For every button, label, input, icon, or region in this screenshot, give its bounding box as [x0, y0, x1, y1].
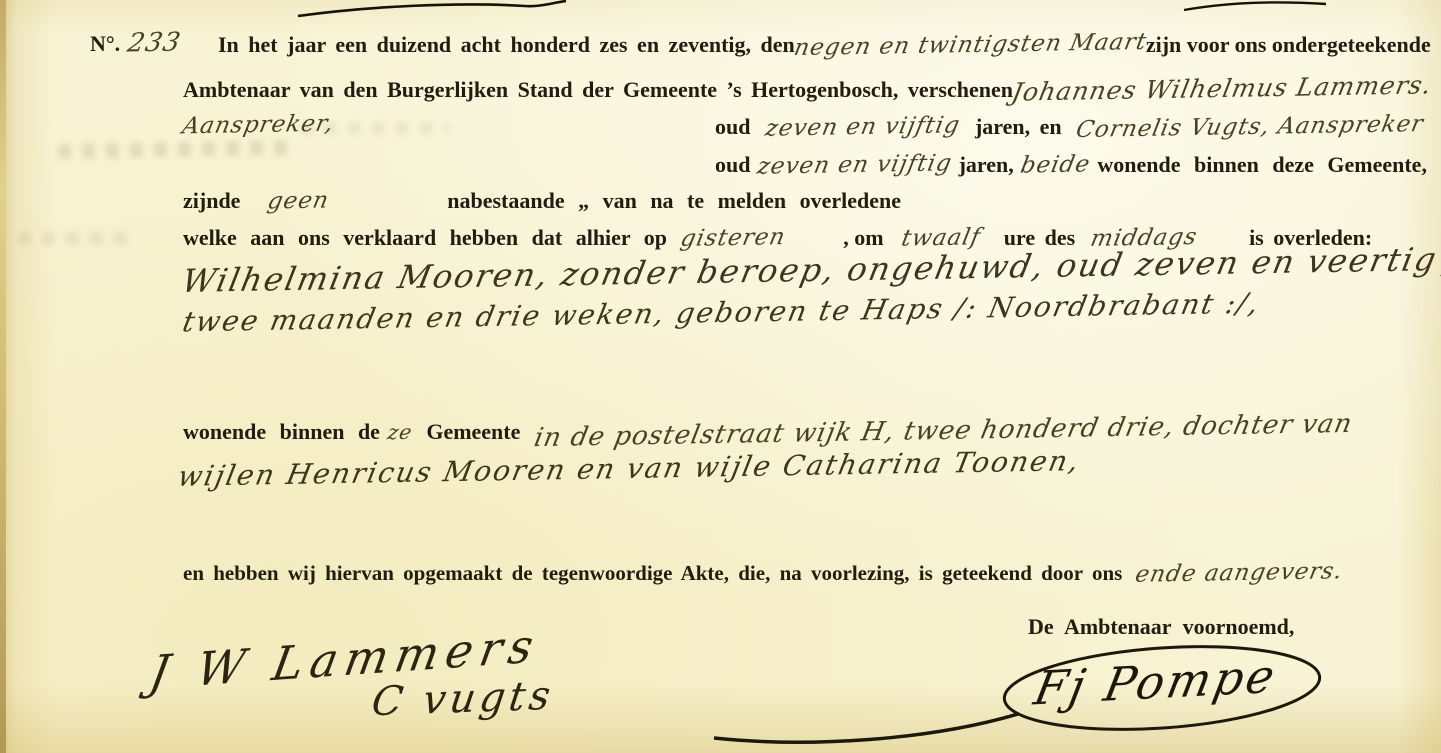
handwritten-ze: ze	[386, 420, 415, 444]
ink-stroke-top-left	[290, 0, 570, 20]
handwritten-parents: wijlen Henricus Mooren en van wijle Cath…	[175, 444, 1083, 493]
line-year-date: In het jaar een duizend acht honderd zes…	[218, 32, 1410, 58]
printed-residence-text: wonende binnen deze Gemeente,	[1097, 152, 1427, 178]
line-age-declarant2: oud zeven en vijftig jaren, en Cornelis …	[715, 114, 1423, 140]
ink-stroke-top-right	[1180, 0, 1330, 14]
printed-relation-text: nabestaande „ van na te melden overleden…	[447, 188, 901, 214]
handwritten-age2: zeven en vijftig	[755, 150, 954, 179]
certificate-paper: N°. 233 In het jaar een duizend acht hon…	[0, 0, 1441, 753]
line-address: wonende binnen de ze Gemeente in de post…	[183, 416, 1351, 446]
act-number-label: N°.	[90, 31, 120, 57]
printed-declaration-text: welke aan ons verklaard hebben dat alhie…	[183, 225, 667, 251]
handwritten-death-day: gisteren	[678, 224, 788, 252]
occupation-text: Aanspreker,	[180, 111, 336, 140]
printed-oud: oud	[715, 114, 750, 140]
line-closing: en hebben wij hiervan opgemaakt de tegen…	[183, 560, 1343, 586]
handwritten-declarant1-occupation: Aanspreker,	[183, 112, 334, 138]
act-number: N°. 233	[90, 28, 181, 58]
line-deceased-name: Wilhelmina Mooren, zonder beroep, ongehu…	[185, 250, 1441, 288]
handwritten-declarant1-name: Johannes Wilhelmus Lammers.	[1009, 70, 1434, 106]
printed-registrar-text: Ambtenaar van den Burgerlijken Stand der…	[183, 77, 1013, 103]
printed-jaren: jaren,	[959, 152, 1014, 178]
line-registrar-declarant: Ambtenaar van den Burgerlijken Stand der…	[183, 74, 1398, 103]
bleed-through-mark	[18, 232, 138, 245]
printed-om: , om	[843, 225, 883, 251]
line-relation: zijnde geen nabestaande „ van na te meld…	[183, 188, 901, 214]
printed-oud: oud	[715, 152, 750, 178]
printed-gemeente: Gemeente	[426, 419, 520, 445]
line-age2-residence: oud zeven en vijftig jaren, beide wonend…	[715, 152, 1427, 178]
handwritten-date: negen en twintigsten Maart	[792, 29, 1149, 61]
handwritten-declarant2-name: Cornelis Vugts, Aanspreker	[1074, 111, 1426, 143]
printed-year-text: In het jaar een duizend acht honderd zes…	[218, 32, 795, 58]
handwritten-geen: geen	[266, 187, 332, 214]
printed-appeared-before: zijn voor ons ondergeteekende	[1146, 32, 1431, 58]
paper-left-edge	[0, 0, 6, 753]
line-parents: wijlen Henricus Mooren en van wijle Cath…	[180, 452, 1078, 485]
printed-jaren-en: jaren, en	[975, 114, 1062, 140]
printed-zijnde: zijnde	[183, 188, 240, 214]
line-birth-details: twee maanden en drie weken, geboren te H…	[185, 296, 1258, 329]
bleed-through-mark	[58, 140, 293, 159]
handwritten-age1: zeven en vijftig	[763, 112, 962, 141]
printed-wonende-binnen-de: wonende binnen de	[183, 419, 380, 445]
handwritten-ende-aangevers: ende aangevers.	[1133, 558, 1345, 588]
printed-closing-text: en hebben wij hiervan opgemaakt de tegen…	[183, 561, 1122, 586]
act-number-value: 233	[125, 28, 184, 59]
handwritten-beide: beide	[1018, 151, 1092, 178]
signature-declarant2: C vugts	[369, 673, 557, 726]
